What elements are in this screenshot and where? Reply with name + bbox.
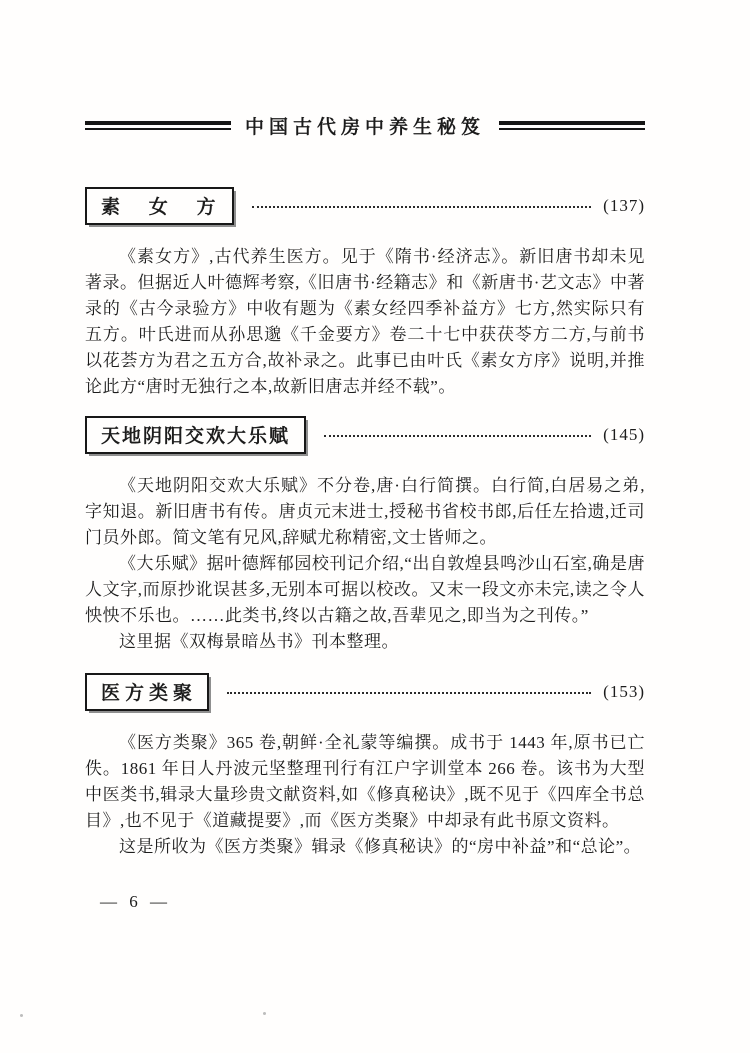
toc-section-yifangleiju: 医方类聚 (153) 《医方类聚》365 卷,朝鲜·全礼蒙等编撰。成书于 144… — [85, 673, 645, 860]
section-title: 素 女 方 — [101, 197, 228, 218]
dot-leader — [252, 206, 592, 208]
paragraph: 《医方类聚》365 卷,朝鲜·全礼蒙等编撰。成书于 1443 年,原书已亡佚。1… — [85, 730, 645, 834]
folio-page-number: — 6 — — [100, 892, 171, 912]
toc-row: 素 女 方 (137) — [85, 187, 645, 225]
toc-row: 天地阴阳交欢大乐赋 (145) — [85, 416, 645, 454]
paragraph: 这里据《双梅景暗丛书》刊本整理。 — [85, 629, 645, 655]
double-rule-left — [85, 121, 231, 130]
toc-page-number: (137) — [603, 196, 645, 216]
dot-leader — [227, 692, 591, 694]
toc-section-suvnufang: 素 女 方 (137) 《素女方》,古代养生医方。见于《隋书·经济志》。新旧唐书… — [85, 187, 645, 400]
book-title: 中国古代房中养生秘笈 — [241, 112, 489, 139]
paragraph: 这是所收为《医方类聚》辑录《修真秘诀》的“房中补益”和“总论”。 — [85, 834, 645, 860]
section-title-box: 医方类聚 — [85, 673, 209, 711]
paragraph: 《天地阴阳交欢大乐赋》不分卷,唐·白行简撰。白行简,白居易之弟,字知退。新旧唐书… — [85, 473, 645, 551]
scan-speck — [263, 1012, 266, 1015]
page-content: 中国古代房中养生秘笈 素 女 方 (137) 《素女方》,古代养生医方。见于《隋… — [85, 0, 645, 860]
running-head: 中国古代房中养生秘笈 — [85, 112, 645, 139]
paragraph: 《大乐赋》据叶德辉郁园校刊记介绍,“出自敦煌县鸣沙山石室,确是唐人文字,而原抄讹… — [85, 551, 645, 629]
toc-row: 医方类聚 (153) — [85, 673, 645, 711]
section-title: 医方类聚 — [101, 683, 197, 704]
paragraph: 《素女方》,古代养生医方。见于《隋书·经济志》。新旧唐书却未见著录。但据近人叶德… — [85, 244, 645, 400]
scan-speck — [20, 1014, 23, 1017]
toc-section-daluefu: 天地阴阳交欢大乐赋 (145) 《天地阴阳交欢大乐赋》不分卷,唐·白行简撰。白行… — [85, 416, 645, 655]
section-title-box: 天地阴阳交欢大乐赋 — [85, 416, 306, 454]
dot-leader — [324, 435, 591, 437]
toc-page-number: (153) — [603, 682, 645, 702]
section-title-box: 素 女 方 — [85, 187, 234, 225]
double-rule-right — [499, 121, 645, 130]
scanned-book-page: 中国古代房中养生秘笈 素 女 方 (137) 《素女方》,古代养生医方。见于《隋… — [0, 0, 750, 1053]
section-title: 天地阴阳交欢大乐赋 — [101, 426, 290, 447]
toc-page-number: (145) — [603, 425, 645, 445]
